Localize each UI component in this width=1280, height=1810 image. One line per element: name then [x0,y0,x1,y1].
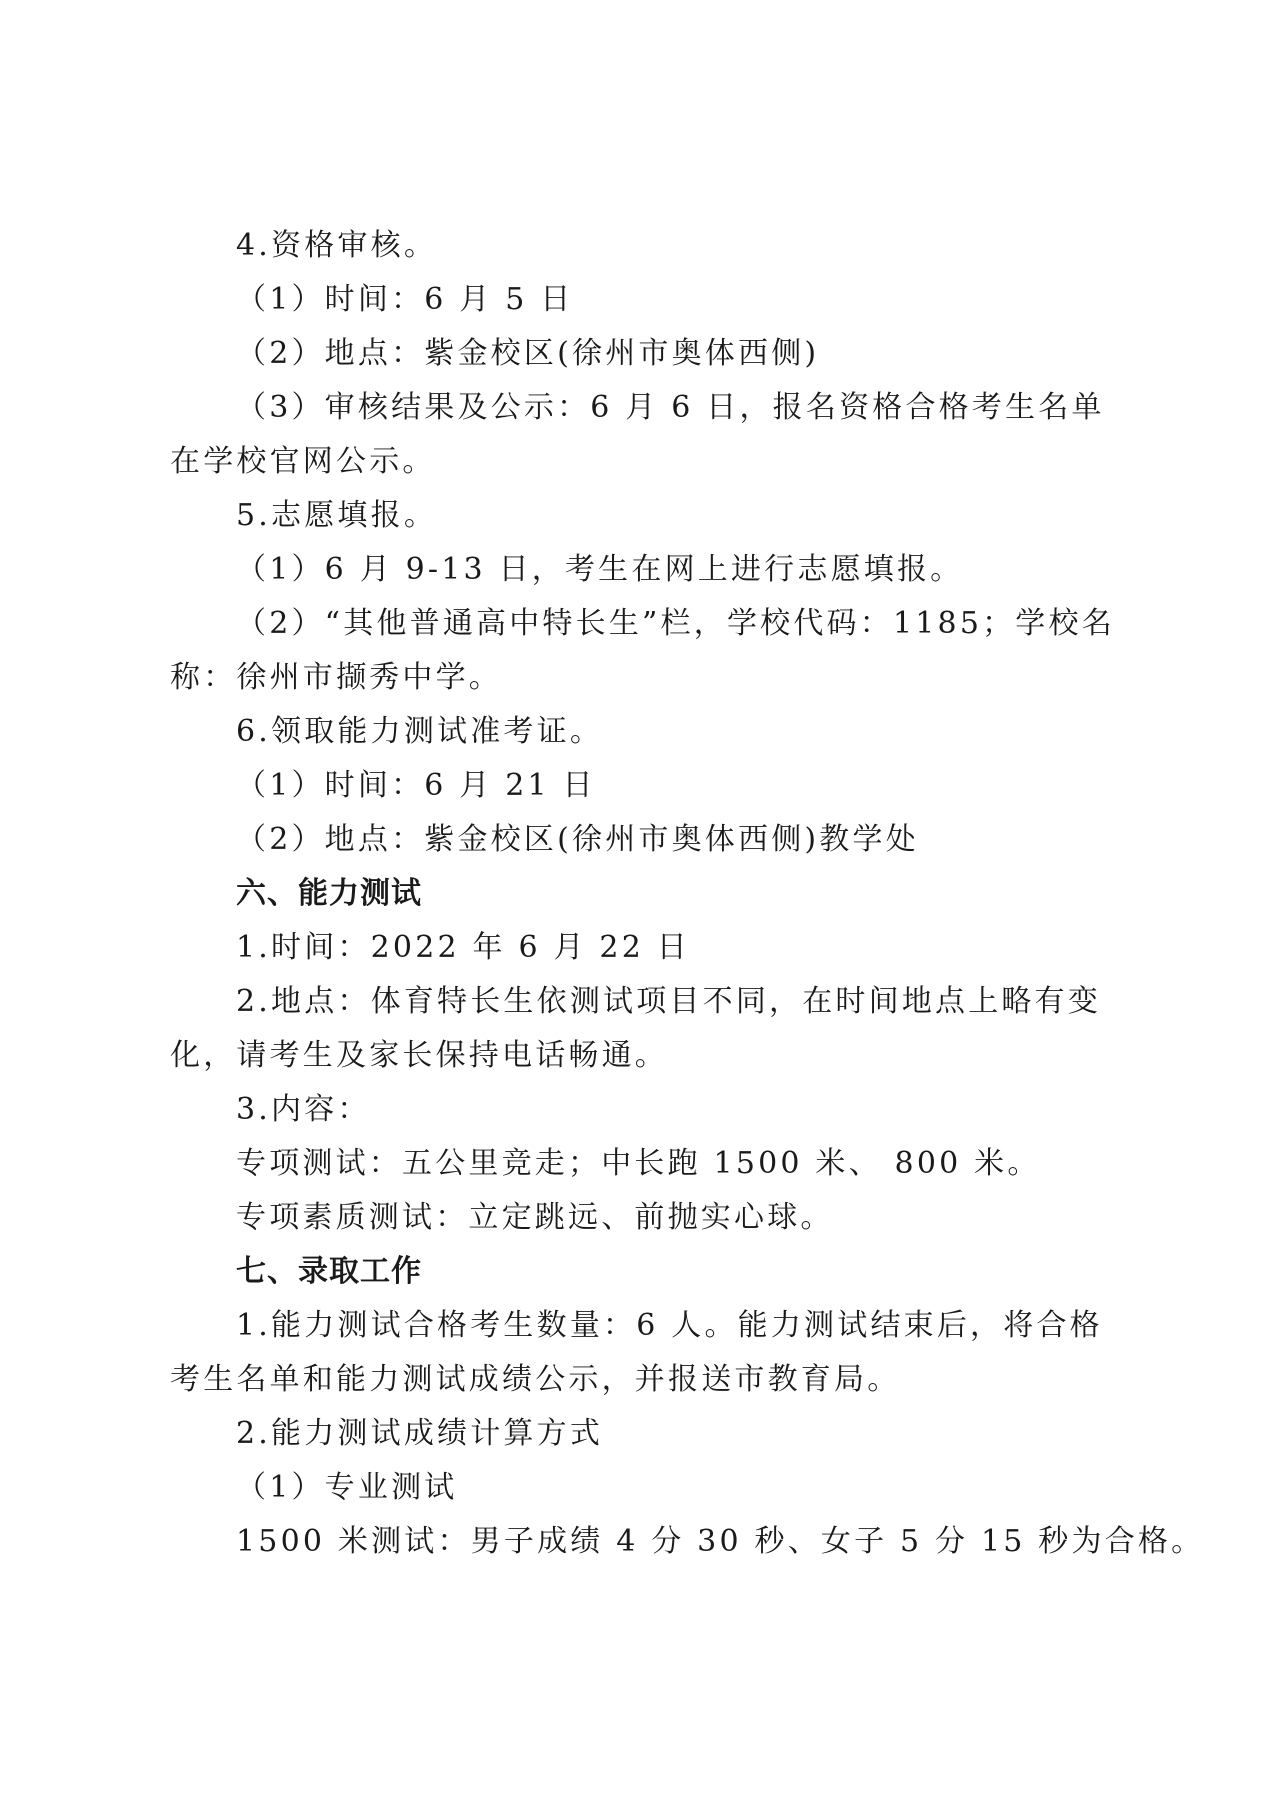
paragraph-line: 1.时间：2022 年 6 月 22 日 [236,928,690,968]
paragraph-line: 5.志愿填报。 [236,496,437,536]
paragraph-line: 在学校官网公示。 [170,442,436,482]
paragraph-line: 6.领取能力测试准考证。 [236,712,603,752]
paragraph-line: （1）时间：6 月 5 日 [236,280,573,320]
section-heading: 六、能力测试 [236,874,422,914]
paragraph-line: 2.地点：体育特长生依测试项目不同，在时间地点上略有变 [236,982,1101,1022]
document-page: 4.资格审核。（1）时间：6 月 5 日（2）地点：紫金校区(徐州市奥体西侧)（… [0,0,1280,1810]
paragraph-line: 1500 米测试：男子成绩 4 分 30 秒、女子 5 分 15 秒为合格。 [236,1522,1204,1562]
paragraph-line: （1）6 月 9-13 日，考生在网上进行志愿填报。 [236,550,963,590]
paragraph-line: 专项测试：五公里竞走；中长跑 1500 米、 800 米。 [236,1144,1041,1184]
paragraph-line: （1）专业测试 [236,1468,458,1508]
paragraph-line: （2）“其他普通高中特长生”栏，学校代码：1185；学校名 [236,604,1115,644]
paragraph-line: 4.资格审核。 [236,226,437,266]
paragraph-line: 1.能力测试合格考生数量：6 人。能力测试结束后，将合格 [236,1306,1103,1346]
paragraph-line: （1）时间：6 月 21 日 [236,766,596,806]
paragraph-line: 称：徐州市撷秀中学。 [170,658,502,698]
section-heading: 七、录取工作 [236,1252,422,1292]
paragraph-line: （2）地点：紫金校区(徐州市奥体西侧) [236,334,819,374]
paragraph-line: 考生名单和能力测试成绩公示，并报送市教育局。 [170,1360,900,1400]
paragraph-line: 专项素质测试：立定跳远、前抛实心球。 [236,1198,834,1238]
paragraph-line: 化，请考生及家长保持电话畅通。 [170,1036,668,1076]
paragraph-line: （2）地点：紫金校区(徐州市奥体西侧)教学处 [236,820,919,860]
paragraph-line: （3）审核结果及公示：6 月 6 日，报名资格合格考生名单 [236,388,1105,428]
paragraph-line: 2.能力测试成绩计算方式 [236,1414,603,1454]
paragraph-line: 3.内容： [236,1090,371,1130]
